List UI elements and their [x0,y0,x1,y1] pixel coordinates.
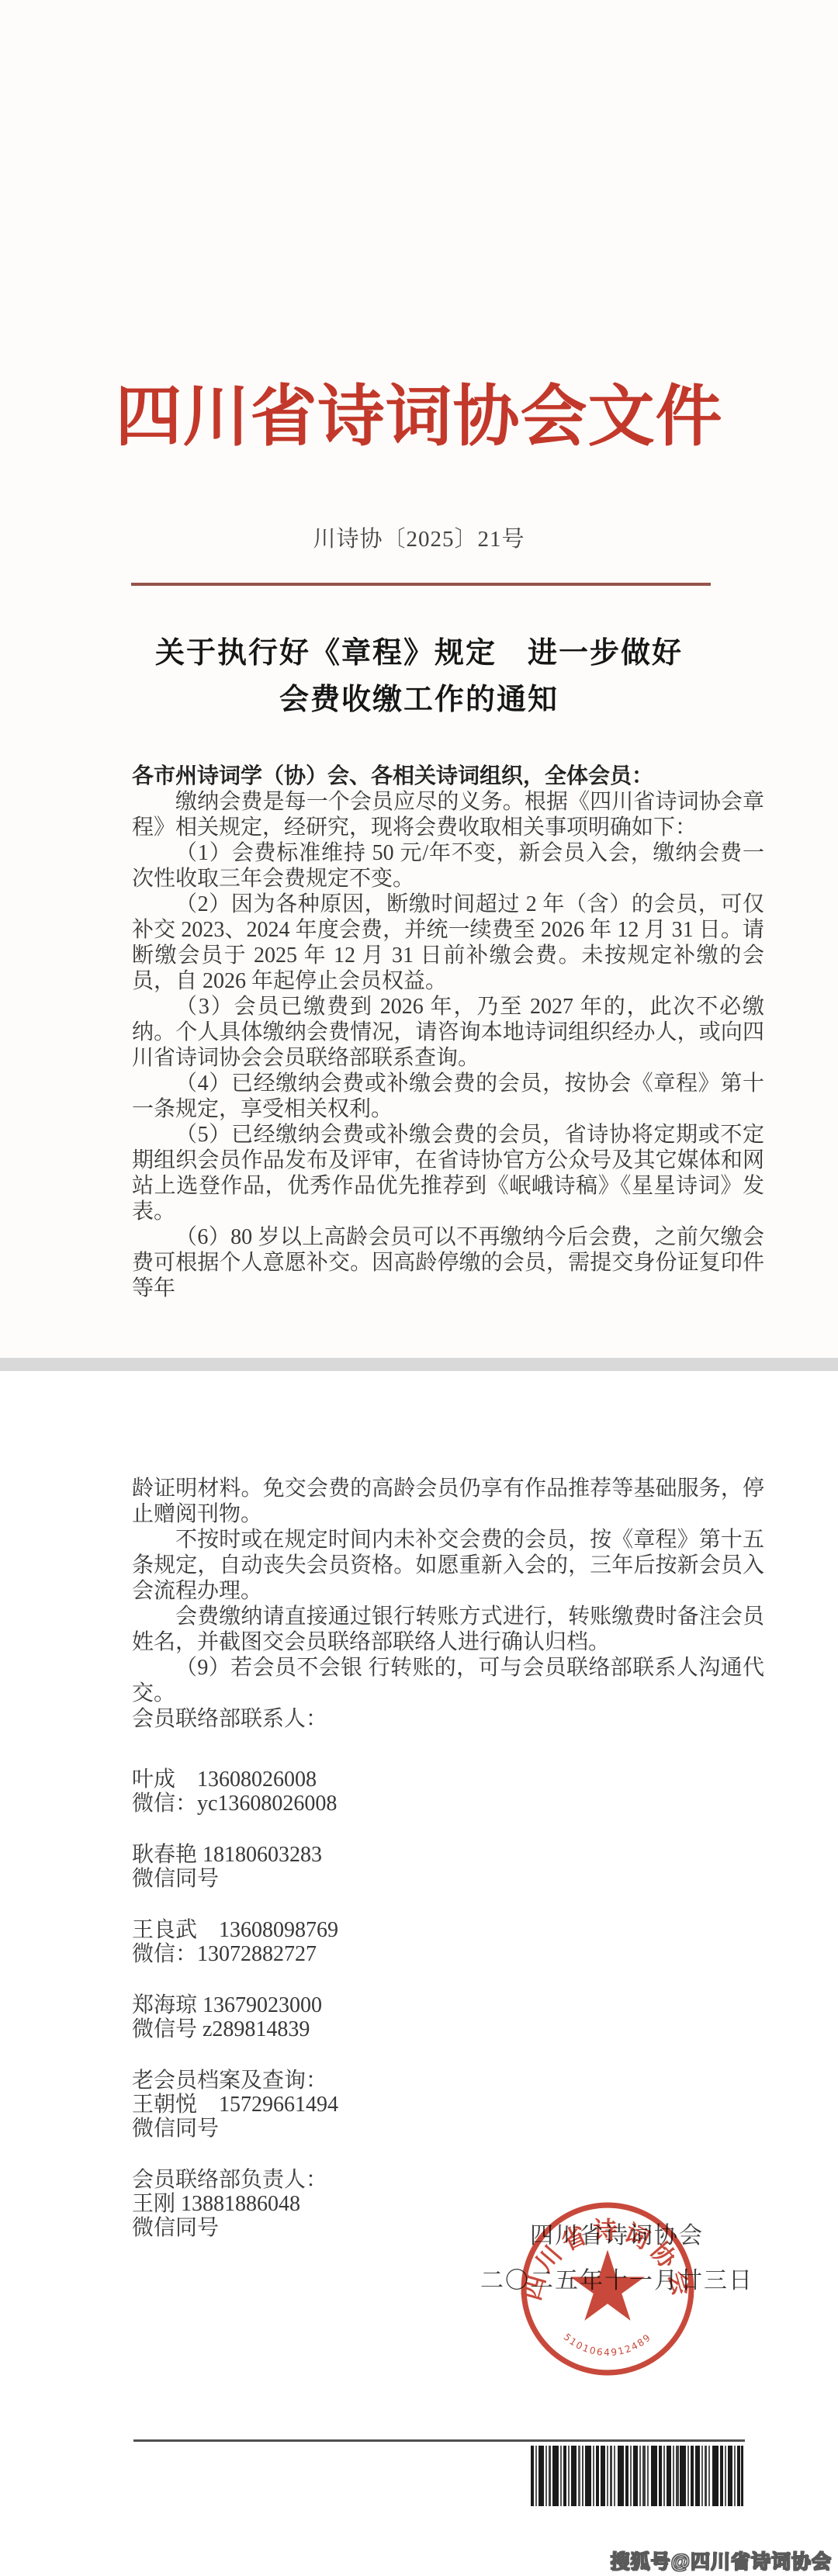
salutation: 各市州诗词学（协）会、各相关诗词组织，全体会员： [132,763,764,789]
body-page2: 龄证明材料。免交会费的高龄会员仍享有作品推荐等基础服务，停止赠阅刊物。 不按时或… [132,1476,764,2240]
contact-line: 微信同号 [132,1867,764,1891]
official-seal-stamp-icon: 四川省诗词协会 5101064912489 [518,2200,697,2378]
notice-title-line2: 会费收缴工作的通知 [0,675,838,718]
contact-line: 王朝悦 15729661494 [132,2093,764,2117]
contact-group: 耿春艳 18180603283 微信同号 [132,1843,764,1891]
paragraph: （3）会员已缴费到 2026 年，乃至 2027 年的，此次不必缴纳。个人具体缴… [132,994,764,1071]
contact-group: 老会员档案及查询： 王朝悦 15729661494 微信同号 [132,2069,764,2141]
seal-star-icon [570,2250,645,2321]
contact-line: 耿春艳 18180603283 [132,1843,764,1867]
paragraph: 缴纳会费是每一个会员应尽的义务。根据《四川省诗词协会章程》相关规定，经研究，现将… [132,789,764,840]
contact-line: 微信号 z289814839 [132,2017,764,2041]
contact-line: 微信：yc13608026008 [132,1792,764,1816]
contact-group: 王良武 13608098769 微信：13072882727 [132,1918,764,1966]
contact-line: 王良武 13608098769 [132,1918,764,1942]
sohu-watermark: 搜狐号@四川省诗词协会 [611,2547,832,2574]
document-scan: 四川省诗词协会文件 川诗协〔2025〕21号 关于执行好《章程》规定 进一步做好… [0,0,838,2576]
contacts-heading: 会员联络部联系人： [132,1706,764,1732]
contact-line: 老会员档案及查询： [132,2069,764,2093]
contact-line: 叶成 13608026008 [132,1768,764,1792]
contact-line: 微信：13072882727 [132,1942,764,1966]
letterhead-title: 四川省诗词协会文件 [0,377,838,457]
paragraph: （2）因为各种原因，断缴时间超过 2 年（含）的会员，可仅补交 2023、202… [132,892,764,994]
document-number: 川诗协〔2025〕21号 [0,521,838,553]
contact-group: 叶成 13608026008 微信：yc13608026008 [132,1768,764,1816]
footer-rule [133,2439,745,2442]
paragraph: 龄证明材料。免交会费的高龄会员仍享有作品推荐等基础服务，停止赠阅刊物。 [132,1476,764,1527]
page-separator [0,1358,838,1371]
letterhead-rule [131,583,711,586]
seal-code-text: 5101064912489 [562,2332,654,2358]
paragraph: （5）已经缴纳会费或补缴会费的会员，省诗协将定期或不定期组织会员作品发布及评审，… [132,1122,764,1224]
contact-line: 郑海琼 13679023000 [132,1993,764,2017]
paragraph: （6）80 岁以上高龄会员可以不再缴纳今后会费，之前欠缴会费可根据个人意愿补交。… [132,1224,764,1301]
body-page1: 各市州诗词学（协）会、各相关诗词组织，全体会员： 缴纳会费是每一个会员应尽的义务… [132,763,764,1301]
svg-text:5101064912489: 5101064912489 [562,2332,654,2358]
paragraph: （1）会费标准维持 50 元/年不变，新会员入会，缴纳会费一次性收取三年会费规定… [132,840,764,892]
contact-line: 会员联络部负责人： [132,2168,764,2192]
paragraph: 会费缴纳请直接通过银行转账方式进行，转账缴费时备注会员姓名，并截图交会员联络部联… [132,1604,764,1655]
paragraph: 不按时或在规定时间内未补交会费的会员，按《章程》第十五条规定，自动丧失会员资格。… [132,1527,764,1604]
contact-line: 微信同号 [132,2117,764,2141]
paragraph: （9）若会员不会银 行转账的，可与会员联络部联系人沟通代交。 [132,1655,764,1706]
barcode [531,2446,743,2506]
contact-group: 郑海琼 13679023000 微信号 z289814839 [132,1993,764,2041]
paragraph: （4）已经缴纳会费或补缴会费的会员，按协会《章程》第十一条规定，享受相关权利。 [132,1071,764,1122]
notice-title-line1: 关于执行好《章程》规定 进一步做好 [0,628,838,671]
